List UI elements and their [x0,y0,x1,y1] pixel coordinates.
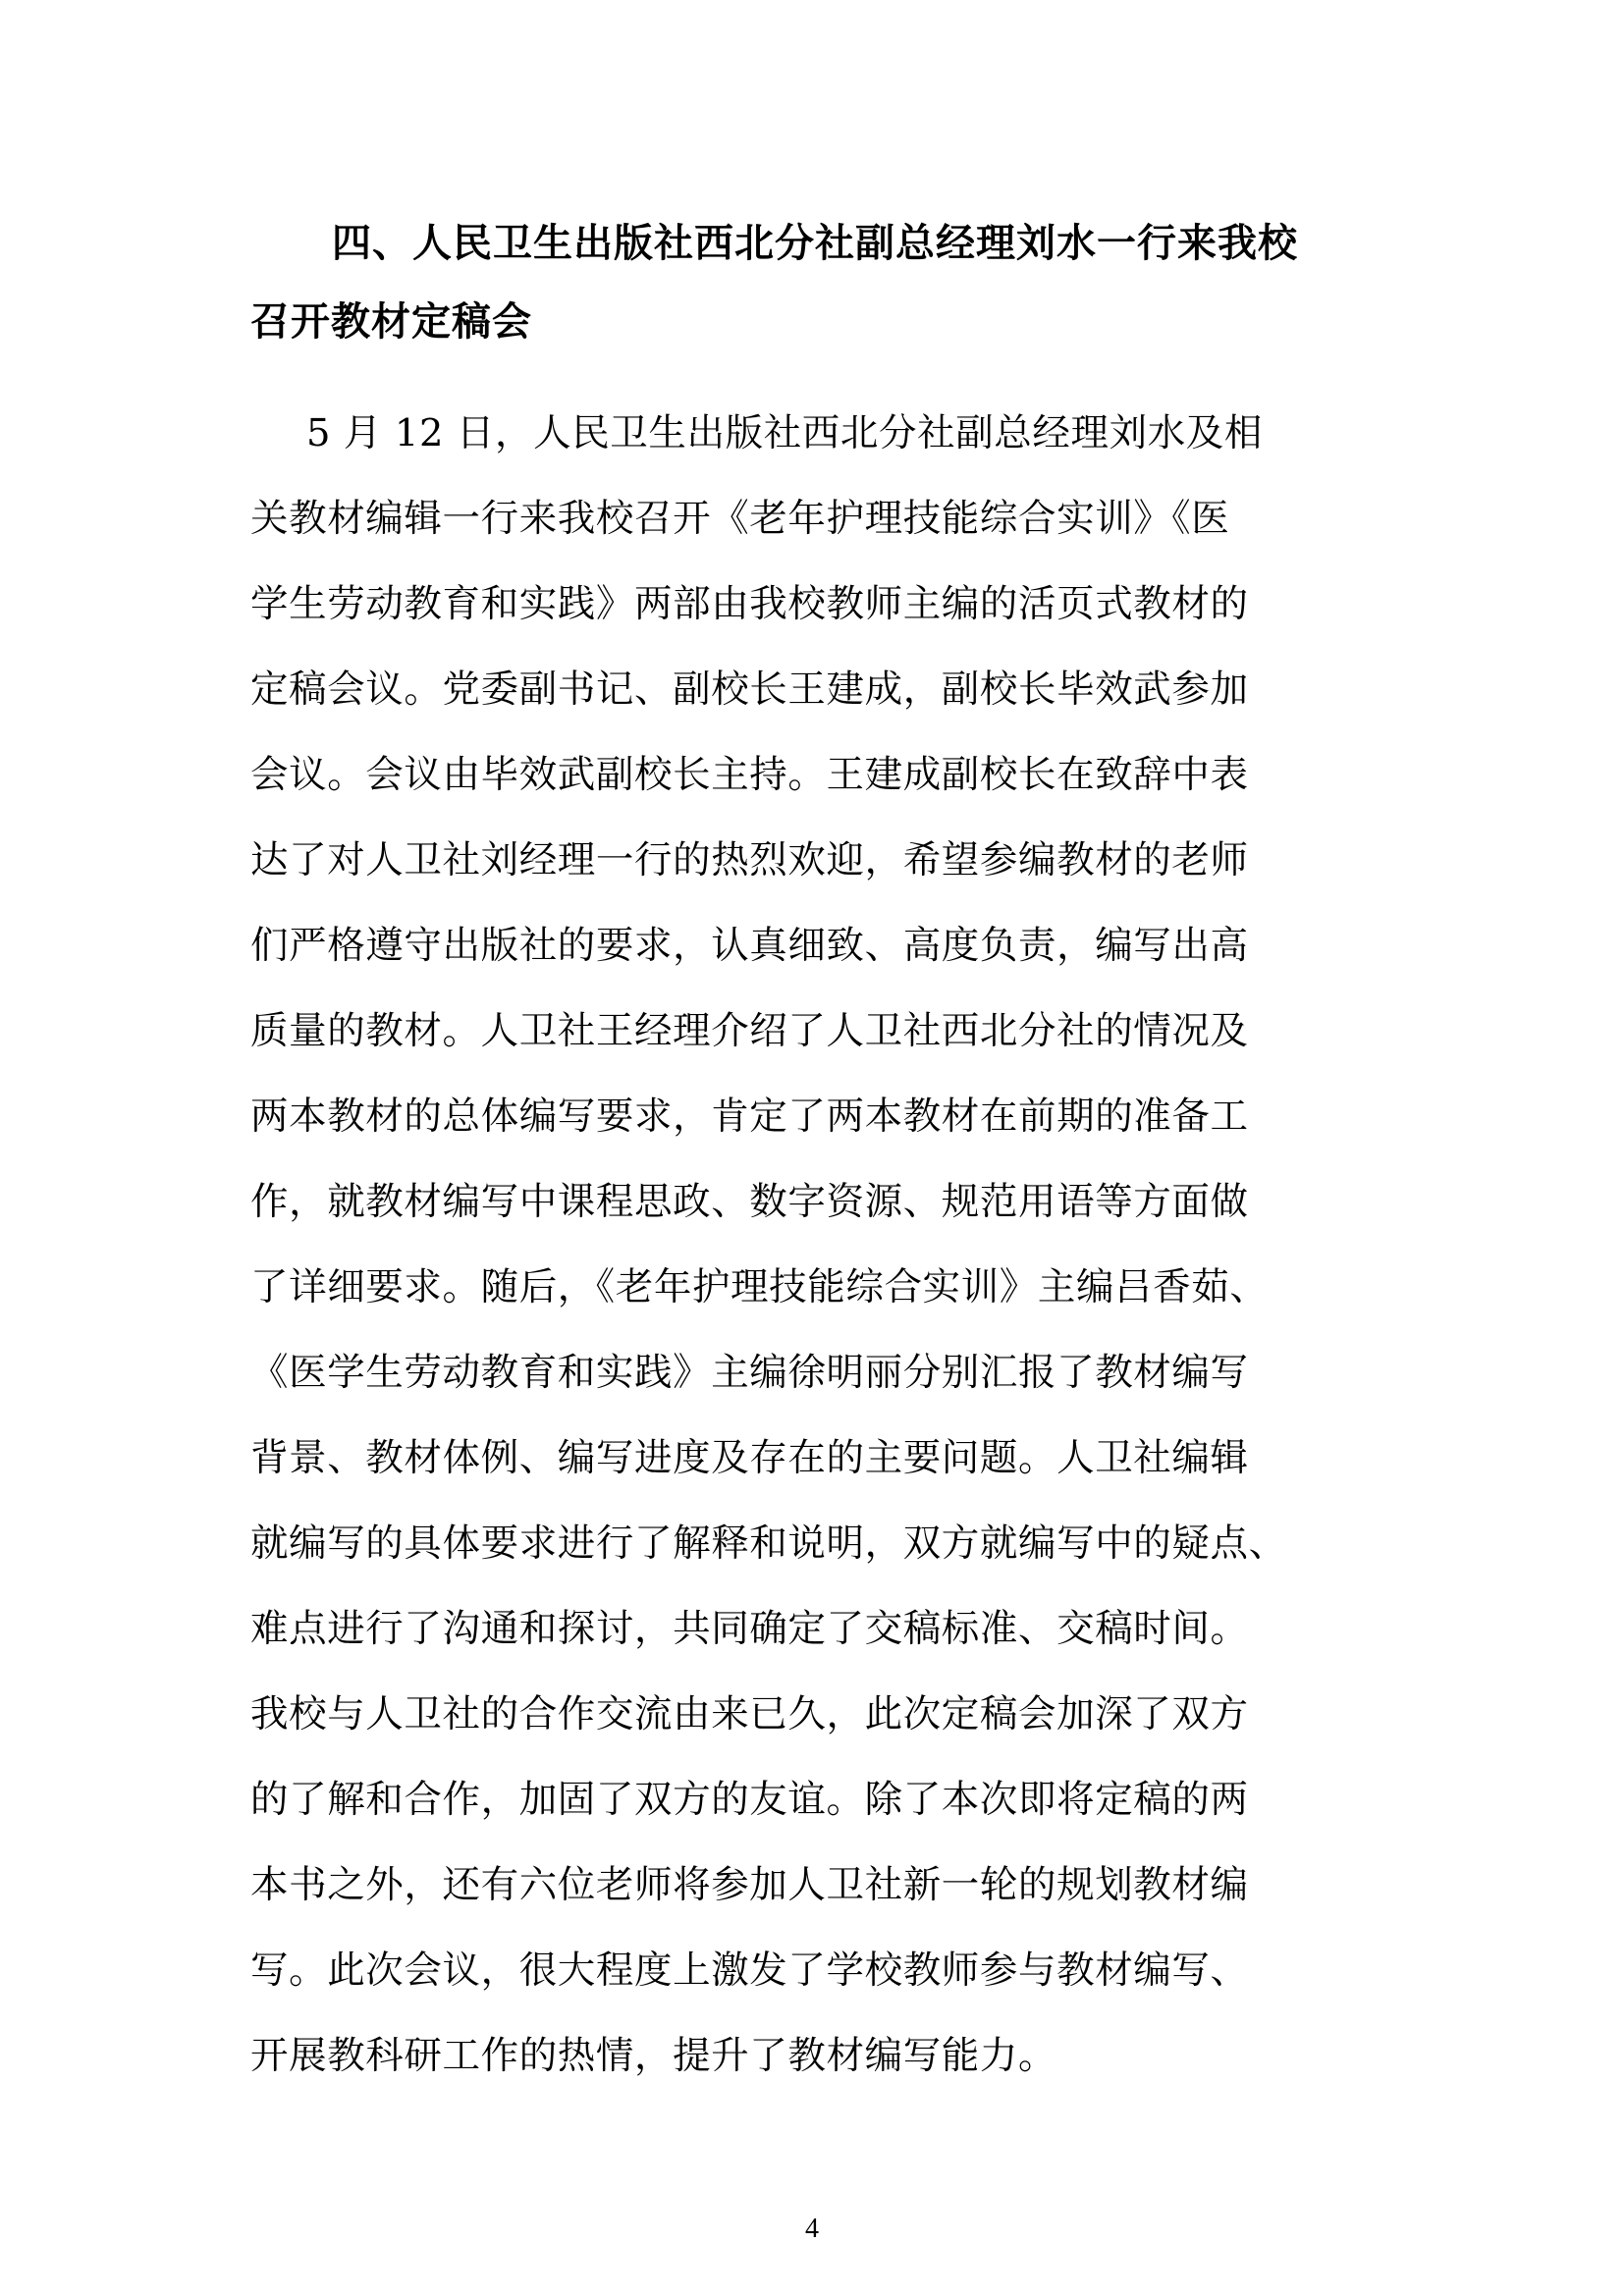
section-title-line-1: 四、人民卫生出版社西北分社副总经理刘水一行来我校 [332,219,1471,268]
section-title-line-2: 召开教材定稿会 [250,297,1389,347]
body-line: 背景、教材体例、编写进度及存在的主要问题。人卫社编辑 [250,1435,1389,1482]
body-line: 了详细要求。随后，《老年护理技能综合实训》主编吕香茹、 [250,1264,1389,1311]
body-line: 作，就教材编写中课程思政、数字资源、规范用语等方面做 [250,1179,1389,1226]
body-line: 两本教材的总体编写要求，肯定了两本教材在前期的准备工 [250,1094,1389,1141]
body-line: 质量的教材。人卫社王经理介绍了人卫社西北分社的情况及 [250,1008,1389,1055]
body-line: 关教材编辑一行来我校召开《老年护理技能综合实训》《医 [250,496,1389,543]
body-line: 的了解和合作，加固了双方的友谊。除了本次即将定稿的两 [250,1777,1389,1824]
document-page: 四、人民卫生出版社西北分社副总经理刘水一行来我校 召开教材定稿会 5 月 12 … [0,0,1624,2296]
body-line: 达了对人卫社刘经理一行的热烈欢迎，希望参编教材的老师 [250,837,1389,884]
body-line: 写。此次会议，很大程度上激发了学校教师参与教材编写、 [250,1948,1389,1995]
body-line: 开展教科研工作的热情，提升了教材编写能力。 [250,2033,1389,2080]
body-line: 会议。会议由毕效武副校长主持。王建成副校长在致辞中表 [250,752,1389,799]
page-number: 4 [0,2214,1624,2245]
body-line: 《医学生劳动教育和实践》主编徐明丽分别汇报了教材编写 [250,1350,1389,1397]
body-line: 我校与人卫社的合作交流由来已久，此次定稿会加深了双方 [250,1691,1389,1738]
body-line: 难点进行了沟通和探讨，共同确定了交稿标准、交稿时间。 [250,1606,1389,1653]
body-line: 定稿会议。党委副书记、副校长王建成，副校长毕效武参加 [250,667,1389,714]
body-line: 学生劳动教育和实践》两部由我校教师主编的活页式教材的 [250,581,1389,628]
body-line: 们严格遵守出版社的要求，认真细致、高度负责，编写出高 [250,923,1389,970]
body-line: 5 月 12 日，人民卫生出版社西北分社副总经理刘水及相 [306,410,1445,457]
body-line: 就编写的具体要求进行了解释和说明，双方就编写中的疑点、 [250,1521,1389,1568]
body-line: 本书之外，还有六位老师将参加人卫社新一轮的规划教材编 [250,1862,1389,1909]
